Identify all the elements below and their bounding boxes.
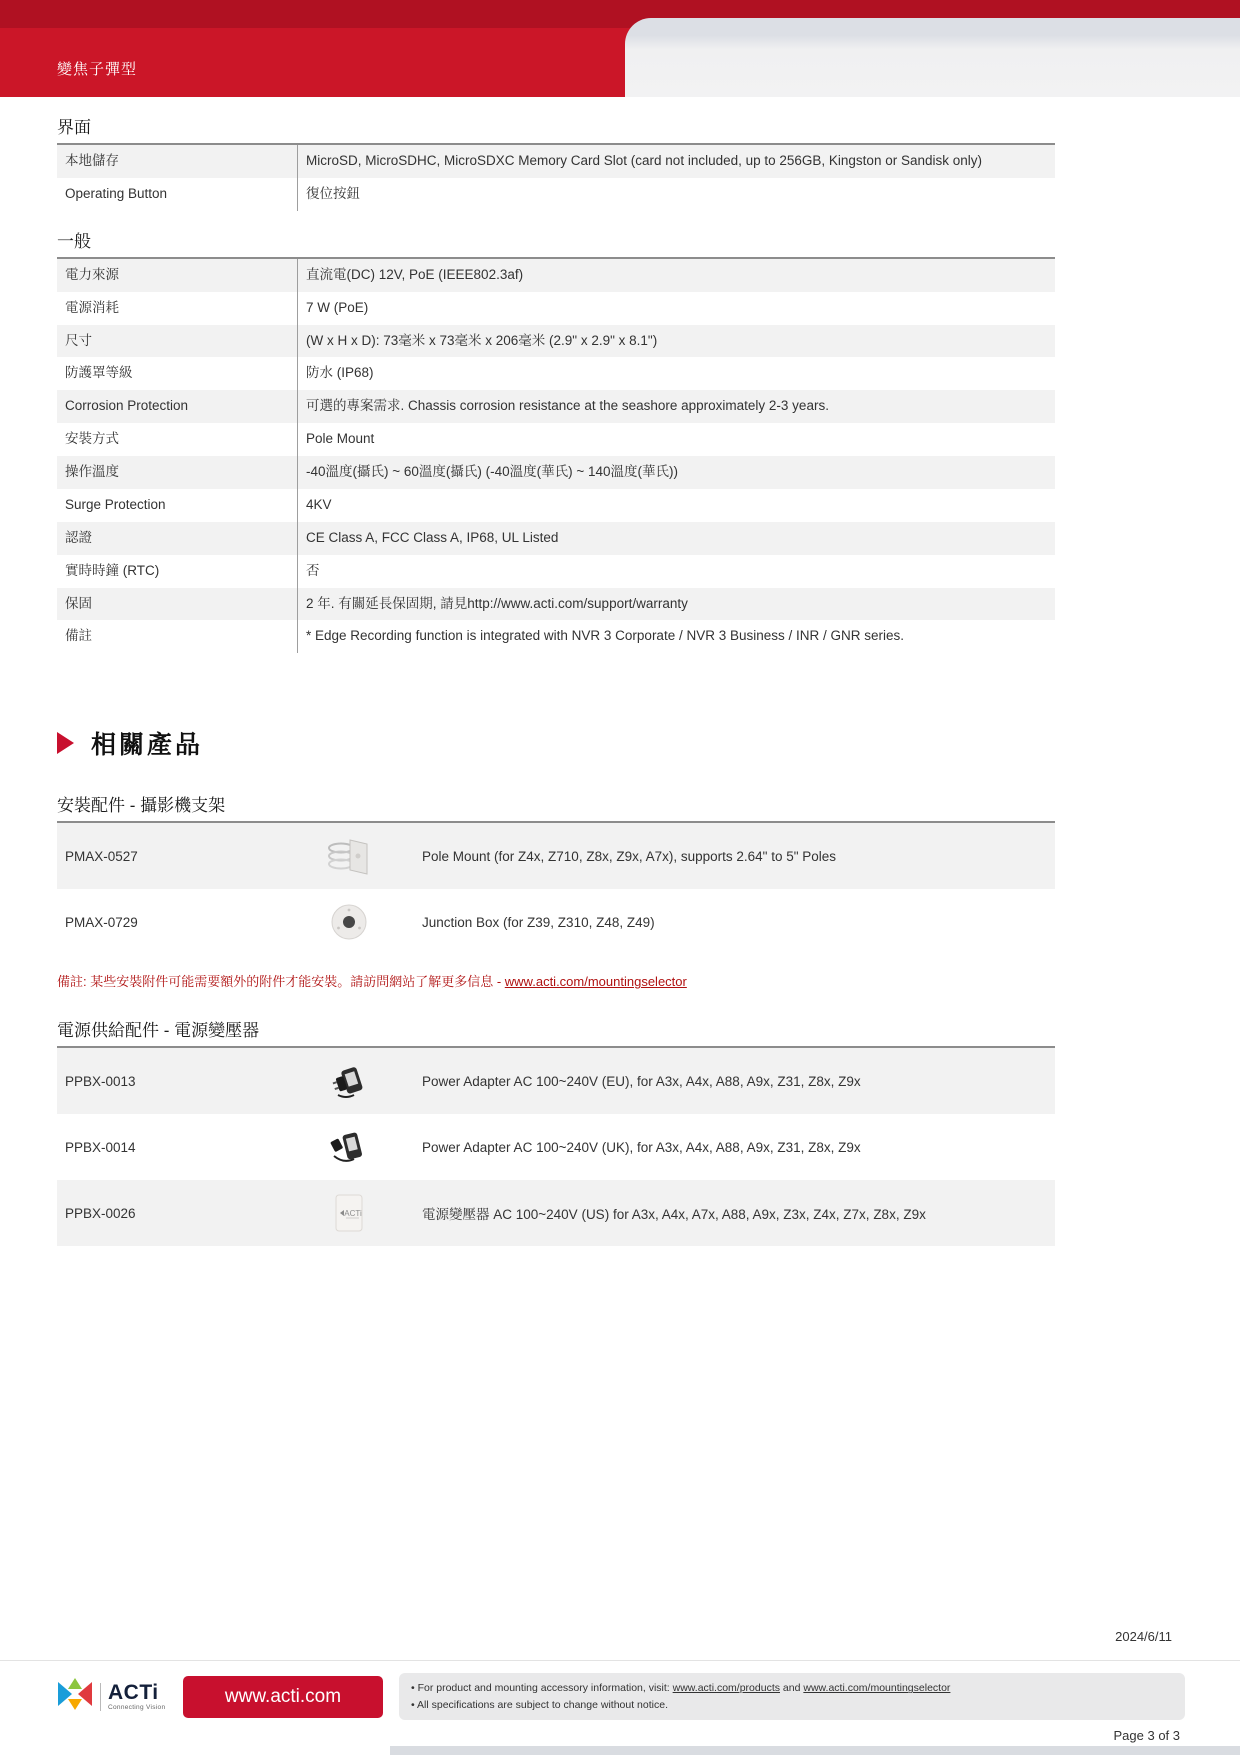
bottom-gray-strip <box>390 1746 1240 1755</box>
power-adapter-eu-icon <box>328 1073 370 1088</box>
spec-row: 實時時鐘 (RTC)否 <box>57 555 1055 588</box>
website-button[interactable]: www.acti.com <box>183 1676 383 1718</box>
spec-row: 操作溫度-40溫度(攝氏) ~ 60溫度(攝氏) (-40溫度(華氏) ~ 14… <box>57 456 1055 489</box>
power-accessories-table: PPBX-0013Power Adapter AC 100~240V (EU),… <box>57 1046 1055 1246</box>
page-number: Page 3 of 3 <box>0 1728 1240 1743</box>
accessory-code: PMAX-0729 <box>57 889 288 955</box>
accessory-code: PPBX-0014 <box>57 1114 288 1180</box>
spec-section-general: 一般 電力來源直流電(DC) 12V, PoE (IEEE802.3af)電源消… <box>57 227 1055 654</box>
spec-table-interface: 本地儲存MicroSD, MicroSDHC, MicroSDXC Memory… <box>57 143 1055 211</box>
footer-note-text: All specifications are subject to change… <box>417 1699 668 1711</box>
accessory-row: PMAX-0527Pole Mount (for Z4x, Z710, Z8x,… <box>57 822 1055 889</box>
accessory-row: PPBX-0026ACTi電源變壓器 AC 100~240V (US) for … <box>57 1180 1055 1246</box>
spec-label: 尺寸 <box>57 325 298 358</box>
accessory-desc: Power Adapter AC 100~240V (EU), for A3x,… <box>410 1047 1055 1114</box>
related-products-heading: 相關產品 <box>57 725 1055 761</box>
spec-label: 防護罩等級 <box>57 357 298 390</box>
power-accessories-title: 電源供給配件 - 電源變壓器 <box>57 1016 1055 1041</box>
spec-section-interface: 界面 本地儲存MicroSD, MicroSDHC, MicroSDXC Mem… <box>57 113 1055 211</box>
spec-row: Operating Button復位按鈕 <box>57 178 1055 211</box>
spec-row: Surge Protection4KV <box>57 489 1055 522</box>
accessory-desc: 電源變壓器 AC 100~240V (US) for A3x, A4x, A7x… <box>410 1180 1055 1246</box>
related-products-title: 相關產品 <box>91 725 203 761</box>
spec-value: Pole Mount <box>298 423 1056 456</box>
accessory-desc: Power Adapter AC 100~240V (UK), for A3x,… <box>410 1114 1055 1180</box>
footer-bar: ACTi Connecting Vision www.acti.com For … <box>0 1660 1240 1720</box>
content-area: 界面 本地儲存MicroSD, MicroSDHC, MicroSDXC Mem… <box>0 113 1240 1246</box>
page-title: 變焦子彈型 <box>57 58 137 79</box>
document-date: 2024/6/11 <box>0 1629 1240 1644</box>
spec-value: CE Class A, FCC Class A, IP68, UL Listed <box>298 522 1056 555</box>
spec-label: Operating Button <box>57 178 298 211</box>
footer-note-text: and <box>780 1682 803 1694</box>
products-link[interactable]: www.acti.com/products <box>673 1682 780 1694</box>
spec-row: 尺寸(W x H x D): 73毫米 x 73毫米 x 206毫米 (2.9"… <box>57 325 1055 358</box>
spec-label: Surge Protection <box>57 489 298 522</box>
spec-label: 電力來源 <box>57 258 298 292</box>
logo-divider <box>100 1683 101 1711</box>
power-accessories-section: 電源供給配件 - 電源變壓器 PPBX-0013Power Adapter AC… <box>57 1016 1055 1246</box>
pole-mount-icon <box>327 848 371 863</box>
datasheet-page: 變焦子彈型 界面 本地儲存MicroSD, MicroSDHC, MicroSD… <box>0 0 1240 1246</box>
spec-label: 電源消耗 <box>57 292 298 325</box>
header-gray-tab <box>625 18 1240 97</box>
accessory-row: PPBX-0014Power Adapter AC 100~240V (UK),… <box>57 1114 1055 1180</box>
spec-row: 防護罩等級防水 (IP68) <box>57 357 1055 390</box>
spec-value: 2 年. 有關延長保固期, 請見http://www.acti.com/supp… <box>298 588 1056 621</box>
footer-note-line: All specifications are subject to change… <box>411 1697 1173 1713</box>
spec-label: 實時時鐘 (RTC) <box>57 555 298 588</box>
section-title-interface: 界面 <box>57 113 1055 138</box>
spec-row: 認證CE Class A, FCC Class A, IP68, UL List… <box>57 522 1055 555</box>
spec-value: 復位按鈕 <box>298 178 1056 211</box>
junction-box-icon <box>330 914 368 929</box>
mounting-note: 備註: 某些安裝附件可能需要額外的附件才能安裝。請訪問網站了解更多信息 - ww… <box>57 971 1055 990</box>
spec-label: 操作溫度 <box>57 456 298 489</box>
spec-row: Corrosion Protection可選的專案需求. Chassis cor… <box>57 390 1055 423</box>
accessory-code: PPBX-0026 <box>57 1180 288 1246</box>
power-adapter-uk-icon <box>328 1139 370 1154</box>
page-footer: 2024/6/11 ACTi Connecting Vision www <box>0 1629 1240 1755</box>
spec-value: 否 <box>298 555 1056 588</box>
accessory-code: PPBX-0013 <box>57 1047 288 1114</box>
spec-row: 備註* Edge Recording function is integrate… <box>57 620 1055 653</box>
accessory-desc: Pole Mount (for Z4x, Z710, Z8x, Z9x, A7x… <box>410 822 1055 889</box>
spec-row: 電源消耗7 W (PoE) <box>57 292 1055 325</box>
mounting-accessories-section: 安裝配件 - 攝影機支架 PMAX-0527Pole Mount (for Z4… <box>57 791 1055 955</box>
svg-text:ACTi: ACTi <box>344 1209 362 1218</box>
spec-value: (W x H x D): 73毫米 x 73毫米 x 206毫米 (2.9" x… <box>298 325 1056 358</box>
spec-value: 可選的專案需求. Chassis corrosion resistance at… <box>298 390 1056 423</box>
spec-row: 安裝方式Pole Mount <box>57 423 1055 456</box>
spec-label: 備註 <box>57 620 298 653</box>
mountingselector-link[interactable]: www.acti.com/mountingselector <box>803 1682 950 1694</box>
spec-table-general: 電力來源直流電(DC) 12V, PoE (IEEE802.3af)電源消耗7 … <box>57 257 1055 654</box>
mounting-selector-link[interactable]: www.acti.com/mountingselector <box>505 974 687 989</box>
spec-value: 防水 (IP68) <box>298 357 1056 390</box>
accessory-row: PMAX-0729Junction Box (for Z39, Z310, Z4… <box>57 889 1055 955</box>
accessory-code: PMAX-0527 <box>57 822 288 889</box>
brand-tagline: Connecting Vision <box>108 1705 165 1712</box>
spec-label: 保固 <box>57 588 298 621</box>
power-adapter-us-icon: ACTi <box>329 1205 369 1220</box>
accessory-desc: Junction Box (for Z39, Z310, Z48, Z49) <box>410 889 1055 955</box>
spec-label: Corrosion Protection <box>57 390 298 423</box>
page-header: 變焦子彈型 <box>0 0 1240 97</box>
brand-name: ACTi <box>108 1682 165 1703</box>
accessory-row: PPBX-0013Power Adapter AC 100~240V (EU),… <box>57 1047 1055 1114</box>
section-title-general: 一般 <box>57 227 1055 252</box>
spec-label: 安裝方式 <box>57 423 298 456</box>
spec-label: 認證 <box>57 522 298 555</box>
acti-pinwheel-icon <box>57 1677 93 1716</box>
spec-value: -40溫度(攝氏) ~ 60溫度(攝氏) (-40溫度(華氏) ~ 140溫度(… <box>298 456 1056 489</box>
spec-value: 4KV <box>298 489 1056 522</box>
footer-note-line: For product and mounting accessory infor… <box>411 1680 1173 1696</box>
mounting-note-text: 備註: 某些安裝附件可能需要額外的附件才能安裝。請訪問網站了解更多信息 - <box>57 974 505 989</box>
spec-value: 直流電(DC) 12V, PoE (IEEE802.3af) <box>298 258 1056 292</box>
mounting-accessories-title: 安裝配件 - 攝影機支架 <box>57 791 1055 816</box>
spec-value: * Edge Recording function is integrated … <box>298 620 1056 653</box>
acti-logo: ACTi Connecting Vision <box>57 1677 177 1716</box>
spec-row: 保固2 年. 有關延長保固期, 請見http://www.acti.com/su… <box>57 588 1055 621</box>
spec-value: MicroSD, MicroSDHC, MicroSDXC Memory Car… <box>298 144 1056 178</box>
spec-row: 電力來源直流電(DC) 12V, PoE (IEEE802.3af) <box>57 258 1055 292</box>
spec-value: 7 W (PoE) <box>298 292 1056 325</box>
mounting-accessories-table: PMAX-0527Pole Mount (for Z4x, Z710, Z8x,… <box>57 821 1055 955</box>
footer-notes: For product and mounting accessory infor… <box>399 1673 1185 1720</box>
footer-note-text: For product and mounting accessory infor… <box>418 1682 673 1694</box>
spec-label: 本地儲存 <box>57 144 298 178</box>
spec-row: 本地儲存MicroSD, MicroSDHC, MicroSDXC Memory… <box>57 144 1055 178</box>
red-triangle-icon <box>57 732 74 754</box>
